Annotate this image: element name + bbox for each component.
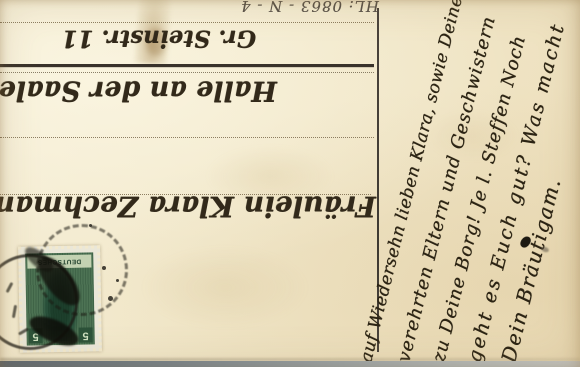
ink-speck (102, 266, 106, 270)
ink-speck (116, 279, 119, 282)
paper-crease (140, 245, 310, 330)
address-city-handwriting: Halle an der Saale (40, 66, 277, 114)
ink-speck (89, 224, 92, 227)
postcard-photo: HL: 0863 - N - 4 Gr. Steinstr. 11 Halle … (0, 0, 580, 367)
address-rule-dotted-2 (0, 137, 374, 138)
card-bottom-edge (0, 361, 580, 367)
catalog-number-handwriting: HL: 0863 - N - 4 (249, 0, 379, 19)
address-street-handwriting: Gr. Steinstr. 11 (52, 16, 266, 60)
ink-speck (108, 296, 113, 301)
stamp-value-left: 5 (79, 327, 93, 342)
